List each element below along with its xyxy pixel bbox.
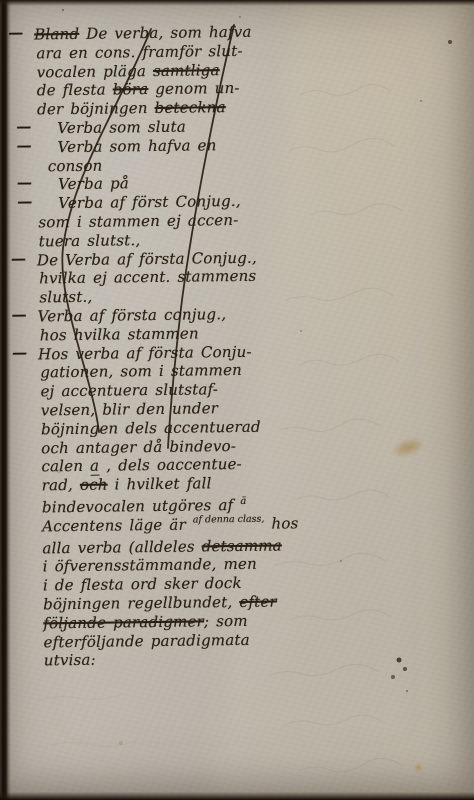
handwritten-text: alla verba (alldeles [42,537,202,557]
list-dash-mark: — [12,343,25,362]
page-edge-left [0,0,11,800]
handwritten-text: böra [113,80,149,98]
handwritten-text: de flesta [37,81,113,100]
handwritten-text: ; som [204,612,248,631]
handwritten-text: efter [239,592,277,610]
handwritten-text: böjningen regellbundet, [43,593,239,613]
handwritten-text: hvilka ej accent. stammens [39,267,256,288]
handwritten-text: bindevocalen utgöres af [42,496,241,516]
handwritten-text: och antager då bindevo- [41,437,236,457]
handwritten-text: ä [240,496,246,507]
handwritten-text: velsen, blir den under [41,399,219,419]
stain [414,763,423,772]
handwritten-text: tuera slutst., [39,231,141,250]
page-edge-top [0,0,474,6]
handwritten-text: calen [41,457,90,476]
list-dash-mark: — [16,136,29,155]
handwritten-text: , dels oaccentue- [99,455,242,475]
handwritten-text: gationen, som i stammen [40,361,242,381]
handwritten-text: der böjningen [37,99,155,118]
handwritten-text: Verba af första conjug., [38,305,227,325]
handwritten-text: genom un- [148,79,240,98]
handwritten-text: i de flesta ord sker dock [43,574,242,594]
handwritten-text: Verba af först Conjug., [58,192,241,212]
handwritten-text: beteckna [155,98,226,117]
list-dash-mark: — [16,117,29,136]
handwritten-text: i hvilket fall [108,474,212,493]
handwritten-text: ara en cons. framför slut- [36,42,243,63]
handwritten-text: Verba som sluta [57,118,186,138]
handwritten-text: conson [48,156,103,175]
handwritten-text: följande paradigmer [43,612,204,632]
handwritten-text: Verba som hafva en [57,136,216,156]
handwritten-text: detsamma [202,536,282,555]
handwritten-text: rad, [42,476,80,494]
handwritten-text: hos hvilka stammen [40,324,199,344]
handwritten-text: De Verba af första Conjug., [37,248,257,269]
handwritten-text: slutst., [39,288,92,307]
stain [391,436,424,460]
handwritten-text: a [90,457,99,476]
handwritten-text: samtliga [153,61,220,80]
handwritten-text: efterföljande paradigmata [43,630,249,651]
manuscript-photo: —Bland De verba, som hafvaara en cons. f… [0,0,474,800]
handwritten-text: som i stammen ej accen- [38,211,238,231]
handwritten-text: utvisa: [44,651,96,670]
handwritten-text: och [80,476,108,494]
handwritten-text: Bland [34,25,79,44]
list-dash-mark: — [17,174,30,193]
manuscript-line: utvisa: [8,648,308,670]
list-dash-mark: — [11,249,24,268]
handwritten-text: Hos verba af första Conju- [38,342,252,363]
handwritten-text: De verba, som hafva [79,23,252,43]
handwritten-text: ej accentuera slutstaf- [40,380,218,400]
handwritten-text: böjningen dels accentuerad [41,417,261,438]
handwritten-text: af denna class, [193,513,265,525]
list-dash-mark: — [11,306,24,325]
list-dash-mark: — [17,193,30,212]
handwritten-text: Accentens läge är [42,515,193,535]
page-edge-bottom [0,792,474,800]
handwritten-text: vocalen pläga [37,62,154,81]
handwritten-text: i öfverensstämmande, men [43,555,257,576]
handwritten-text: Verba på [58,175,129,194]
manuscript-text: —Bland De verba, som hafvaara en cons. f… [0,22,308,671]
handwritten-text: hos [264,514,298,532]
